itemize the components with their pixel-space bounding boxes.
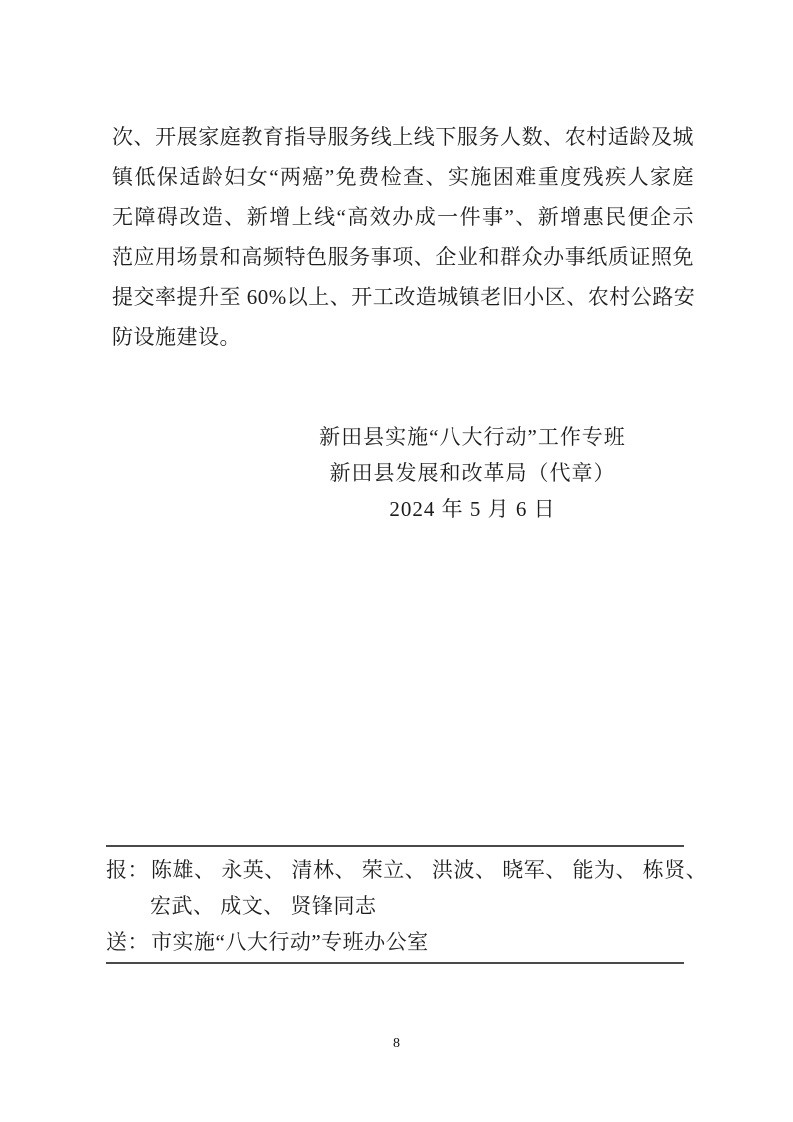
paragraph-line: 镇低保适龄妇女“两癌”免费检查、实施困难重度残疾人家庭: [112, 157, 694, 197]
document-page: 次、开展家庭教育指导服务线上线下服务人数、农村适龄及城 镇低保适龄妇女“两癌”免…: [0, 0, 793, 1122]
body-paragraph: 次、开展家庭教育指导服务线上线下服务人数、农村适龄及城 镇低保适龄妇女“两癌”免…: [112, 117, 694, 357]
distribution-report-line: 报：陈雄、 永英、 清林、 荣立、 洪波、 晓军、 能为、 栋贤、: [106, 852, 684, 888]
report-label: 报：: [106, 858, 149, 882]
signature-block: 新田县实施“八大行动”工作专班 新田县发展和改革局（代章） 2024 年 5 月…: [300, 419, 645, 527]
report-names-line1: 陈雄、 永英、 清林、 荣立、 洪波、 晓军、 能为、 栋贤、: [151, 858, 707, 882]
distribution-block: 报：陈雄、 永英、 清林、 荣立、 洪波、 晓军、 能为、 栋贤、 宏武、 成文…: [106, 845, 684, 964]
paragraph-line: 范应用场景和高频特色服务事项、企业和群众办事纸质证照免: [112, 237, 694, 277]
signature-agency: 新田县发展和改革局（代章）: [300, 455, 645, 491]
paragraph-line: 无障碍改造、新增上线“高效办成一件事”、新增惠民便企示: [112, 197, 694, 237]
paragraph-line: 防设施建设。: [112, 317, 694, 357]
paragraph-line: 次、开展家庭教育指导服务线上线下服务人数、农村适龄及城: [112, 117, 694, 157]
send-text: 市实施“八大行动”专班办公室: [151, 930, 429, 954]
paragraph-line: 提交率提升至 60%以上、开工改造城镇老旧小区、农村公路安: [112, 277, 694, 317]
distribution-send-line: 送：市实施“八大行动”专班办公室: [106, 924, 684, 960]
report-names-line2: 宏武、 成文、 贤锋同志: [106, 888, 684, 924]
signature-date: 2024 年 5 月 6 日: [300, 491, 645, 527]
send-label: 送：: [106, 930, 149, 954]
page-number: 8: [0, 1036, 793, 1052]
signature-org: 新田县实施“八大行动”工作专班: [300, 419, 645, 455]
